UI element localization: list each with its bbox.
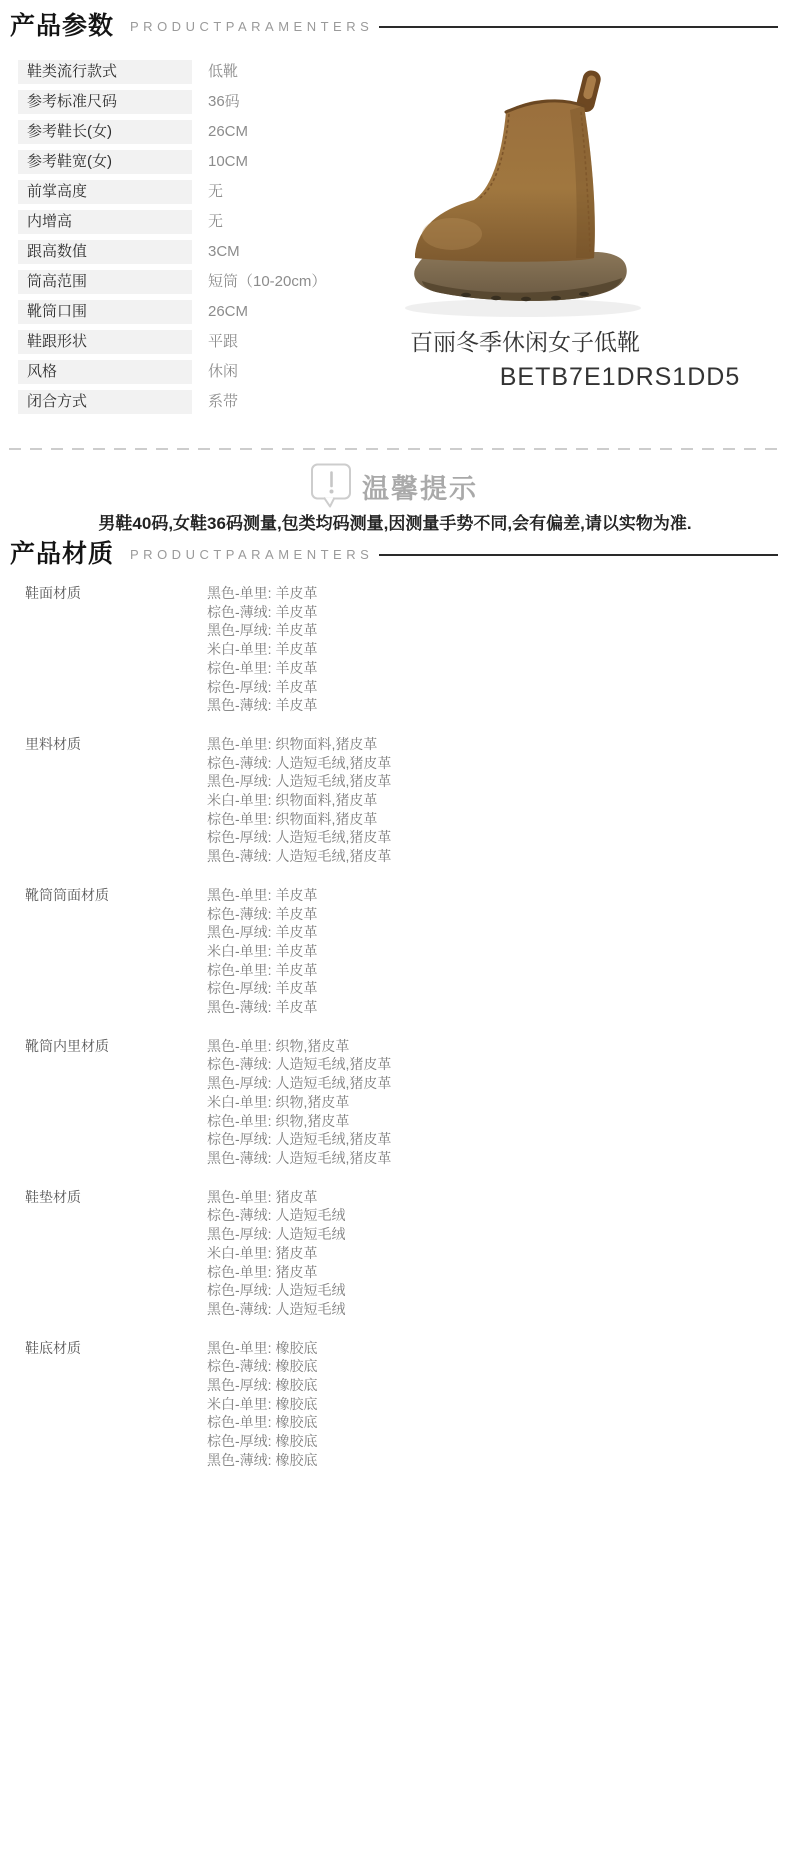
param-row: 风格 休闲 (18, 360, 326, 384)
param-value: 3CM (208, 240, 240, 264)
material-group-label: 鞋垫材质 (25, 1188, 207, 1319)
product-model-code: BETB7E1DRS1DD5 (470, 363, 770, 392)
material-group: 鞋底材质 黑色-单里: 橡胶底 棕色-薄绒: 橡胶底 黑色-厚绒: 橡胶底 米白… (25, 1339, 770, 1470)
param-label: 参考鞋宽(女) (18, 150, 192, 174)
param-row: 参考鞋宽(女) 10CM (18, 150, 326, 174)
param-row: 参考标准尺码 36码 (18, 90, 326, 114)
param-value: 无 (208, 210, 223, 234)
param-row: 闭合方式 系带 (18, 390, 326, 414)
param-value: 36码 (208, 90, 240, 114)
param-row: 前掌高度 无 (18, 180, 326, 204)
boot-illustration (388, 62, 648, 324)
material-group: 靴筒内里材质 黑色-单里: 织物,猪皮革 棕色-薄绒: 人造短毛绒,猪皮革 黑色… (25, 1037, 770, 1168)
param-value: 系带 (208, 390, 238, 414)
tips-text: 男鞋40码,女鞋36码测量,包类均码测量,因测量手势不同,会有偏差,请以实物为准… (0, 509, 790, 534)
materials-list: 鞋面材质 黑色-单里: 羊皮革 棕色-薄绒: 羊皮革 黑色-厚绒: 羊皮革 米白… (25, 584, 770, 1490)
param-label: 靴筒口围 (18, 300, 192, 324)
param-value: 休闲 (208, 360, 238, 384)
material-group-lines: 黑色-单里: 织物面料,猪皮革 棕色-薄绒: 人造短毛绒,猪皮革 黑色-厚绒: … (207, 735, 391, 866)
param-label: 鞋跟形状 (18, 330, 192, 354)
material-group: 靴筒筒面材质 黑色-单里: 羊皮革 棕色-薄绒: 羊皮革 黑色-厚绒: 羊皮革 … (25, 886, 770, 1017)
param-label: 前掌高度 (18, 180, 192, 204)
params-title-en: PRODUCTPARAMENTERS (130, 19, 373, 34)
param-value: 平跟 (208, 330, 238, 354)
param-value: 26CM (208, 300, 248, 324)
param-row: 鞋跟形状 平跟 (18, 330, 326, 354)
material-group-lines: 黑色-单里: 猪皮革 棕色-薄绒: 人造短毛绒 黑色-厚绒: 人造短毛绒 米白-… (207, 1188, 345, 1319)
material-group-label: 靴筒筒面材质 (25, 886, 207, 1017)
material-group-lines: 黑色-单里: 羊皮革 棕色-薄绒: 羊皮革 黑色-厚绒: 羊皮革 米白-单里: … (207, 584, 317, 715)
param-label: 参考鞋长(女) (18, 120, 192, 144)
param-label: 风格 (18, 360, 192, 384)
material-group-lines: 黑色-单里: 织物,猪皮革 棕色-薄绒: 人造短毛绒,猪皮革 黑色-厚绒: 人造… (207, 1037, 391, 1168)
params-title-cn: 产品参数 (10, 6, 114, 42)
param-value: 低靴 (208, 60, 238, 84)
param-value: 短筒（10-20cm） (208, 270, 326, 294)
param-row: 鞋类流行款式 低靴 (18, 60, 326, 84)
dashed-divider (9, 448, 780, 450)
material-group-label: 鞋面材质 (25, 584, 207, 715)
materials-title-en: PRODUCTPARAMENTERS (130, 547, 373, 562)
param-row: 参考鞋长(女) 26CM (18, 120, 326, 144)
param-label: 闭合方式 (18, 390, 192, 414)
tips-title: 温馨提示 (362, 467, 478, 506)
param-row: 内增高 无 (18, 210, 326, 234)
material-group-label: 靴筒内里材质 (25, 1037, 207, 1168)
params-section-header: 产品参数 PRODUCTPARAMENTERS (10, 6, 778, 42)
exclamation-bubble-icon (311, 463, 352, 508)
header-rule (379, 554, 778, 556)
param-row: 筒高范围 短筒（10-20cm） (18, 270, 326, 294)
param-value: 26CM (208, 120, 248, 144)
param-value: 无 (208, 180, 223, 204)
material-group: 鞋面材质 黑色-单里: 羊皮革 棕色-薄绒: 羊皮革 黑色-厚绒: 羊皮革 米白… (25, 584, 770, 715)
material-group-lines: 黑色-单里: 橡胶底 棕色-薄绒: 橡胶底 黑色-厚绒: 橡胶底 米白-单里: … (207, 1339, 317, 1470)
product-detail-page: 产品参数 PRODUCTPARAMENTERS 鞋类流行款式 低靴 参考标准尺码… (0, 0, 790, 1870)
product-name: 百丽冬季休闲女子低靴 (385, 324, 665, 357)
material-group-lines: 黑色-单里: 羊皮革 棕色-薄绒: 羊皮革 黑色-厚绒: 羊皮革 米白-单里: … (207, 886, 317, 1017)
material-group-label: 里料材质 (25, 735, 207, 866)
param-table: 鞋类流行款式 低靴 参考标准尺码 36码 参考鞋长(女) 26CM 参考鞋宽(女… (18, 60, 326, 420)
material-group-label: 鞋底材质 (25, 1339, 207, 1470)
param-label: 筒高范围 (18, 270, 192, 294)
param-label: 内增高 (18, 210, 192, 234)
product-image (388, 62, 648, 324)
material-group: 里料材质 黑色-单里: 织物面料,猪皮革 棕色-薄绒: 人造短毛绒,猪皮革 黑色… (25, 735, 770, 866)
param-row: 靴筒口围 26CM (18, 300, 326, 324)
material-group: 鞋垫材质 黑色-单里: 猪皮革 棕色-薄绒: 人造短毛绒 黑色-厚绒: 人造短毛… (25, 1188, 770, 1319)
param-row: 跟高数值 3CM (18, 240, 326, 264)
param-value: 10CM (208, 150, 248, 174)
materials-title-cn: 产品材质 (10, 534, 114, 570)
header-rule (379, 26, 778, 28)
materials-section-header: 产品材质 PRODUCTPARAMENTERS (10, 534, 778, 570)
param-label: 鞋类流行款式 (18, 60, 192, 84)
param-label: 跟高数值 (18, 240, 192, 264)
param-label: 参考标准尺码 (18, 90, 192, 114)
